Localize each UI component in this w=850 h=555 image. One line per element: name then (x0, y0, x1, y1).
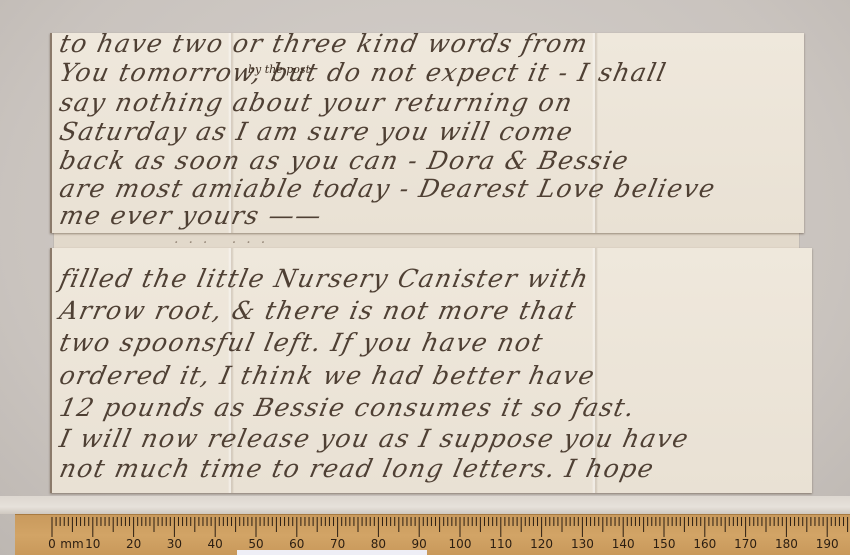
ruler-label: 60 (289, 537, 304, 551)
handwritten-line: to have two or three kind words from (57, 29, 591, 58)
handwritten-line: filled the little Nursery Canister with (57, 264, 592, 293)
ruler-label: 160 (693, 537, 716, 551)
handwritten-line: say nothing about your returning on (57, 88, 576, 117)
ruler-label: 30 (167, 537, 182, 551)
label-card (237, 550, 427, 555)
ruler-label: 150 (653, 537, 676, 551)
ruler-label: 70 (330, 537, 345, 551)
ruler-label: 190 (816, 537, 839, 551)
handwritten-line: 12 pounds as Bessie consumes it so fast. (57, 393, 638, 422)
handwritten-line: Arrow root, & there is not more that (57, 296, 580, 325)
under-fold-text: ... ... (174, 231, 275, 247)
ruler-label: 90 (412, 537, 427, 551)
measuring-ruler: 0102030405060708090100110120130140150160… (15, 514, 850, 555)
handwritten-line: Saturday as I am sure you will come (57, 117, 577, 146)
ruler-unit-label: mm (60, 537, 83, 551)
letter-bottom-panel: filled the little Nursery Canister with … (50, 248, 812, 493)
handwritten-line: two spoonsful left. If you have not (57, 328, 547, 357)
ruler-label: 50 (248, 537, 263, 551)
ruler-label: 80 (371, 537, 386, 551)
letter-top-panel: by the post to have two or three kind wo… (50, 33, 804, 233)
ruler-label: 110 (489, 537, 512, 551)
handwritten-line: ordered it, I think we had better have (57, 361, 598, 390)
ruler-label: 20 (126, 537, 141, 551)
handwritten-line: You tomorrow, but do not expect it - I s… (57, 58, 670, 87)
ruler-label: 140 (612, 537, 635, 551)
ruler-label: 0 (48, 537, 56, 551)
handwritten-line: are most amiable today - Dearest Love be… (57, 174, 719, 203)
handwritten-line: me ever yours —— (57, 201, 325, 230)
ruler-label: 170 (734, 537, 757, 551)
ruler-label: 40 (208, 537, 223, 551)
ruler-label: 120 (530, 537, 553, 551)
handwritten-line: I will now release you as I suppose you … (57, 424, 692, 453)
underlying-folded-sheet: ... ... (54, 230, 799, 250)
handwritten-line: not much time to read long letters. I ho… (57, 454, 658, 483)
ruler-label: 100 (449, 537, 472, 551)
display-shelf (0, 496, 850, 514)
ruler-label: 130 (571, 537, 594, 551)
ruler-label: 180 (775, 537, 798, 551)
ruler-ticks (15, 515, 850, 537)
ruler-label: 10 (85, 537, 100, 551)
handwritten-line: back as soon as you can - Dora & Bessie (57, 146, 632, 175)
